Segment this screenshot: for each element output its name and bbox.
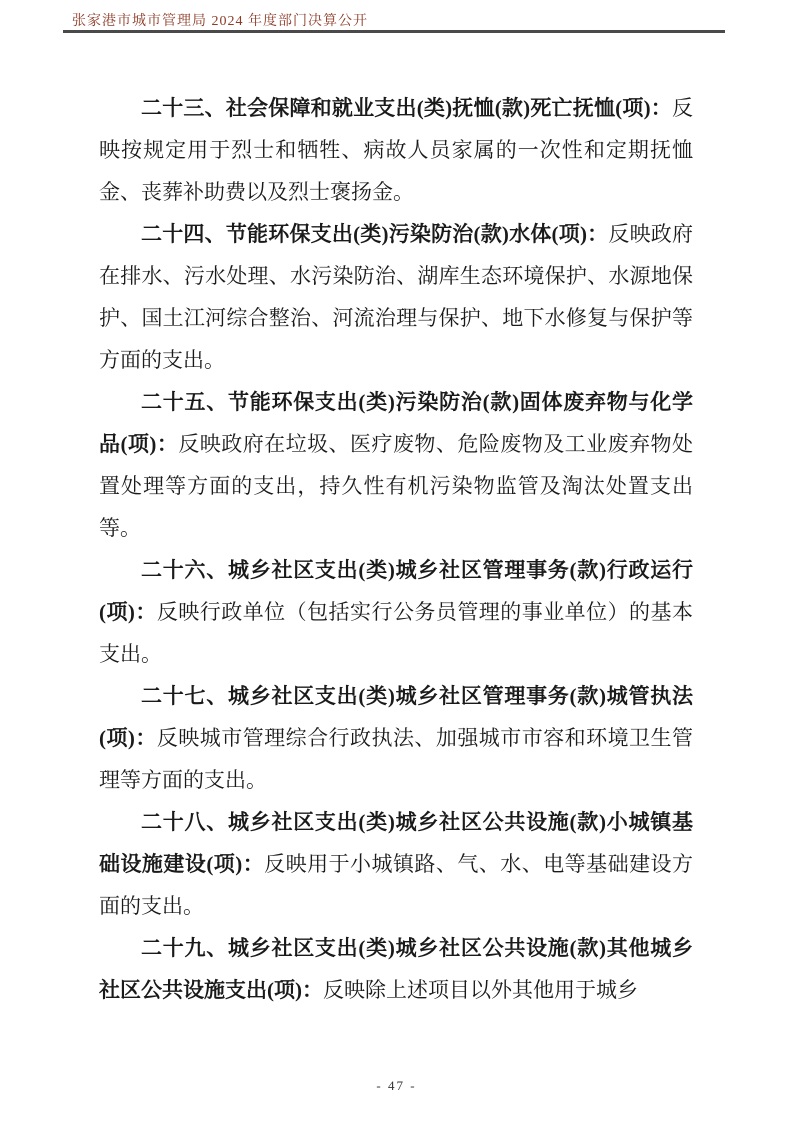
paragraph-24-lead: 二十四、节能环保支出(类)污染防治(款)水体(项)： xyxy=(141,222,608,246)
paragraph-27-body: 反映城市管理综合行政执法、加强城市市容和环境卫生管理等方面的支出。 xyxy=(99,726,693,792)
paragraph-29: 二十九、城乡社区支出(类)城乡社区公共设施(款)其他城乡社区公共设施支出(项)：… xyxy=(99,927,693,1011)
header-rule xyxy=(63,30,725,33)
page-number: - 47 - xyxy=(0,1078,793,1094)
paragraph-26: 二十六、城乡社区支出(类)城乡社区管理事务(款)行政运行(项)：反映行政单位（包… xyxy=(99,549,693,675)
paragraph-23-lead: 二十三、社会保障和就业支出(类)抚恤(款)死亡抚恤(项)： xyxy=(141,96,672,120)
paragraph-24: 二十四、节能环保支出(类)污染防治(款)水体(项)：反映政府在排水、污水处理、水… xyxy=(99,213,693,381)
paragraph-25-body: 反映政府在垃圾、医疗废物、危险废物及工业废弃物处置处理等方面的支出，持久性有机污… xyxy=(99,432,693,540)
paragraph-27: 二十七、城乡社区支出(类)城乡社区管理事务(款)城管执法(项)：反映城市管理综合… xyxy=(99,675,693,801)
document-body: 二十三、社会保障和就业支出(类)抚恤(款)死亡抚恤(项)：反映按规定用于烈士和牺… xyxy=(99,87,693,1011)
paragraph-23: 二十三、社会保障和就业支出(类)抚恤(款)死亡抚恤(项)：反映按规定用于烈士和牺… xyxy=(99,87,693,213)
document-page: 张家港市城市管理局 2024 年度部门决算公开 二十三、社会保障和就业支出(类)… xyxy=(0,0,793,1122)
page-header-title: 张家港市城市管理局 2024 年度部门决算公开 xyxy=(72,10,732,30)
paragraph-29-body: 反映除上述项目以外其他用于城乡 xyxy=(323,978,638,1002)
paragraph-25: 二十五、节能环保支出(类)污染防治(款)固体废弃物与化学品(项)：反映政府在垃圾… xyxy=(99,381,693,549)
paragraph-28: 二十八、城乡社区支出(类)城乡社区公共设施(款)小城镇基础设施建设(项)：反映用… xyxy=(99,801,693,927)
paragraph-26-body: 反映行政单位（包括实行公务员管理的事业单位）的基本支出。 xyxy=(99,600,693,666)
